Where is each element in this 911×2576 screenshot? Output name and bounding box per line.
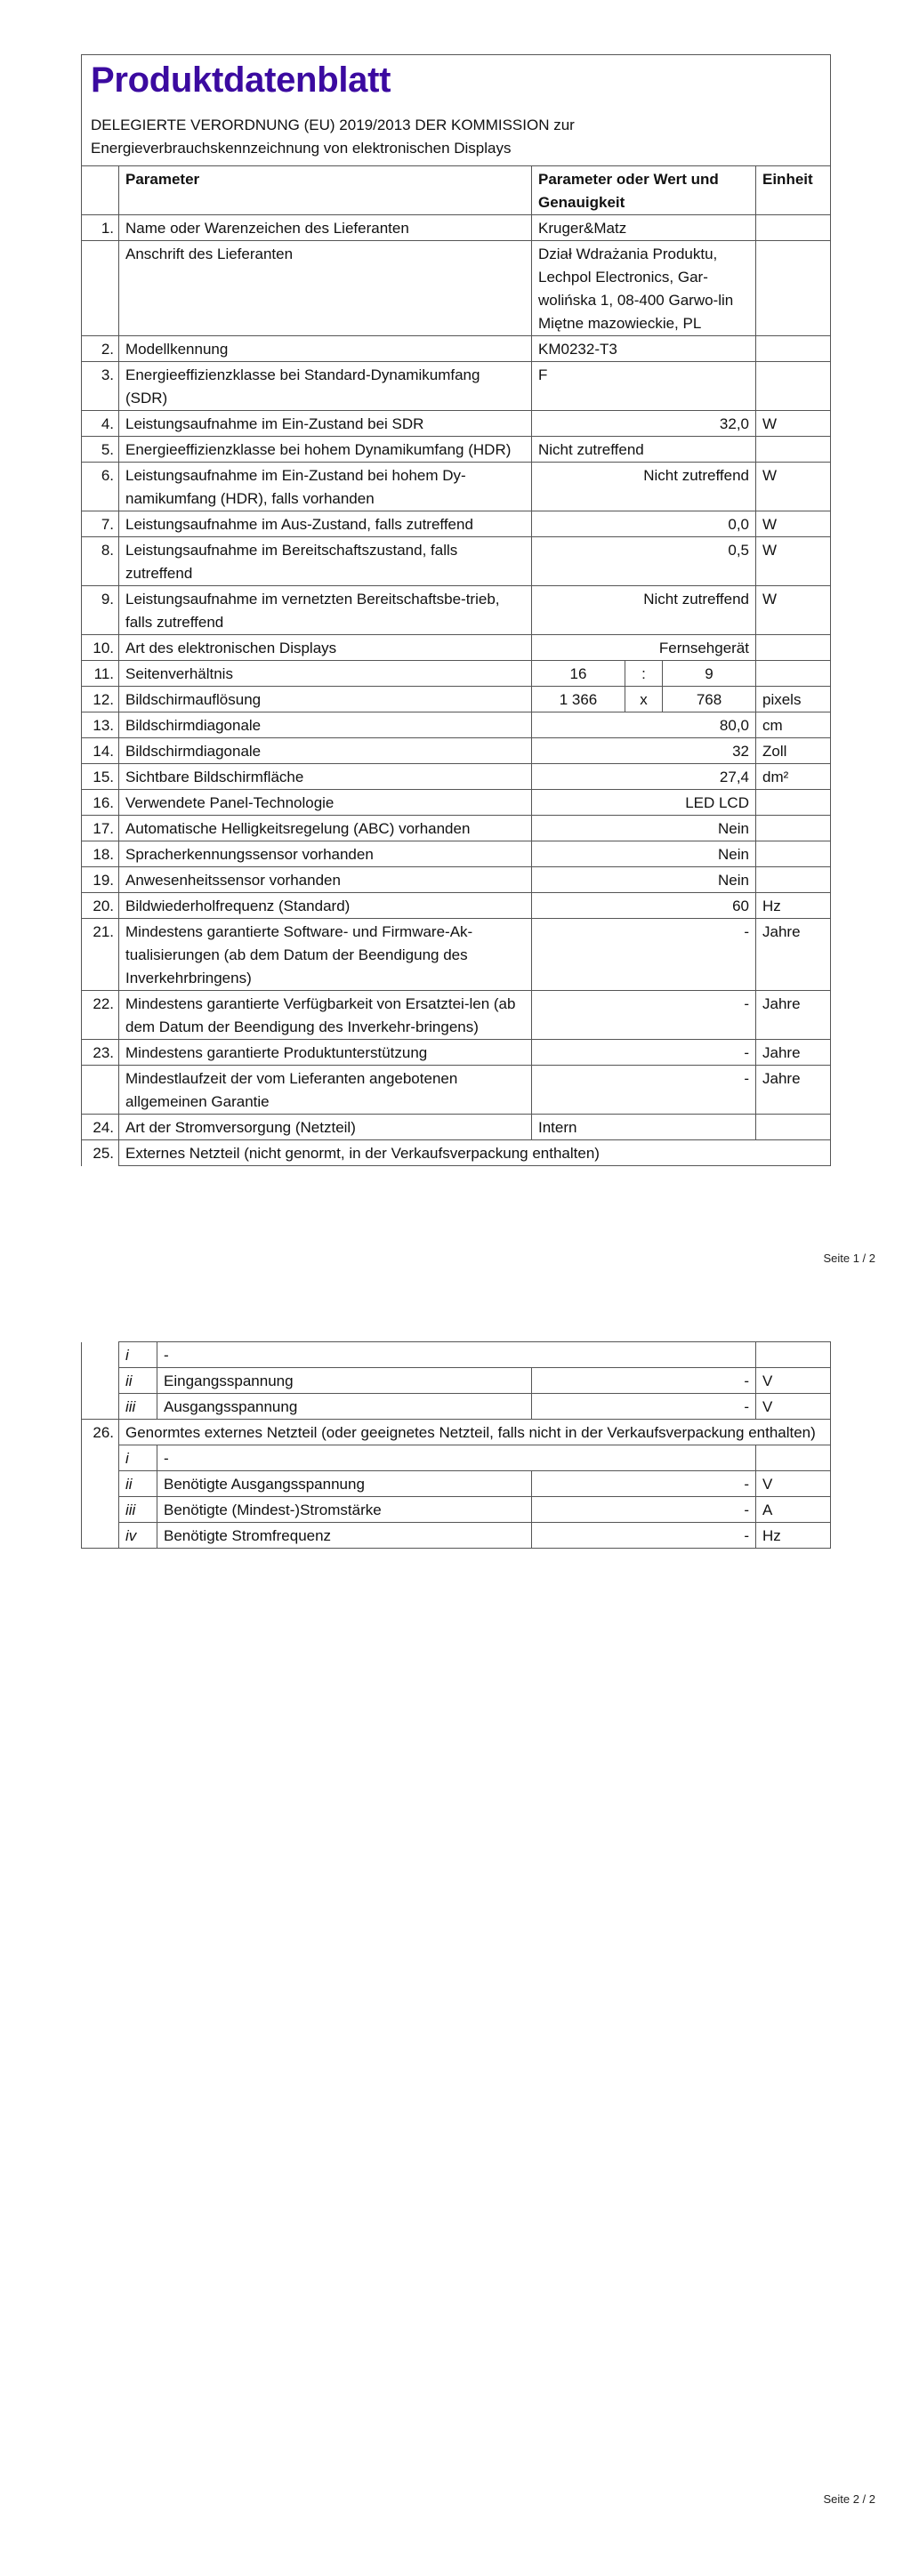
row-number-empty	[82, 1342, 119, 1368]
row-number: 13.	[82, 712, 119, 738]
row-parameter: Genormtes externes Netzteil (oder geeign…	[119, 1420, 831, 1445]
row-parameter: Modellkennung	[119, 336, 532, 362]
sub-row-value: -	[532, 1497, 756, 1523]
document-subtitle: DELEGIERTE VERORDNUNG (EU) 2019/2013 DER…	[91, 114, 821, 160]
row-value: KM0232-T3	[532, 336, 756, 362]
row-value: F	[532, 362, 756, 411]
row-number: 1.	[82, 215, 119, 241]
subtitle-line-1: DELEGIERTE VERORDNUNG (EU) 2019/2013 DER…	[91, 114, 821, 137]
sub-row-index: iv	[119, 1523, 157, 1549]
sub-row-value: -	[532, 1394, 756, 1420]
row-unit: Hz	[756, 893, 831, 919]
row-parameter: Mindestens garantierte Produktunterstütz…	[119, 1040, 532, 1066]
row-value: Intern	[532, 1115, 756, 1140]
row-number: 21.	[82, 919, 119, 991]
row-unit	[756, 841, 831, 867]
sub-row-value: -	[532, 1523, 756, 1549]
subtitle-line-2: Energieverbrauchskennzeichnung von elekt…	[91, 137, 821, 160]
row-number: 26.	[82, 1420, 119, 1445]
row-parameter: Energieeffizienzklasse bei Standard-Dyna…	[119, 362, 532, 411]
row-number: 25.	[82, 1140, 119, 1166]
row-unit	[756, 362, 831, 411]
table-row: 11.Seitenverhältnis16:9	[82, 661, 831, 687]
table-row: 23.Mindestens garantierte Produktunterst…	[82, 1040, 831, 1066]
row-value: -	[532, 1040, 756, 1066]
row-value: Dział Wdrażania Produktu, Lechpol Electr…	[532, 241, 756, 336]
row-value: Nein	[532, 867, 756, 893]
row-parameter: Leistungsaufnahme im Ein-Zustand bei SDR	[119, 411, 532, 437]
sub-row-parameter: Eingangsspannung	[157, 1368, 532, 1394]
table-row: 9.Leistungsaufnahme im vernetzten Bereit…	[82, 586, 831, 635]
table-row: 21.Mindestens garantierte Software- und …	[82, 919, 831, 991]
row-parameter: Seitenverhältnis	[119, 661, 532, 687]
header-value: Parameter oder Wert und Genauigkeit	[532, 166, 756, 215]
header-unit: Einheit	[756, 166, 831, 215]
row-parameter: Energieeffizienzklasse bei hohem Dynamik…	[119, 437, 532, 463]
row-parameter: Art der Stromversorgung (Netzteil)	[119, 1115, 532, 1140]
row-value: Nicht zutreffend	[532, 463, 756, 511]
row-number: 22.	[82, 991, 119, 1040]
sub-row-unit: V	[756, 1394, 831, 1420]
row-unit	[756, 816, 831, 841]
row-value-b: 9	[663, 661, 756, 687]
table-row: 5.Energieeffizienzklasse bei hohem Dynam…	[82, 437, 831, 463]
row-number: 19.	[82, 867, 119, 893]
row-number-empty	[82, 1497, 119, 1523]
row-parameter: Mindestlaufzeit der vom Lieferanten ange…	[119, 1066, 532, 1115]
row-parameter: Spracherkennungssensor vorhanden	[119, 841, 532, 867]
row-parameter: Bildwiederholfrequenz (Standard)	[119, 893, 532, 919]
row-parameter: Verwendete Panel-Technologie	[119, 790, 532, 816]
table-row: 13.Bildschirmdiagonale80,0cm	[82, 712, 831, 738]
row-value: Nicht zutreffend	[532, 586, 756, 635]
row-value: -	[532, 1066, 756, 1115]
sub-row-parameter: Benötigte Ausgangsspannung	[157, 1471, 532, 1497]
header-no	[82, 166, 119, 215]
row-value: Nein	[532, 816, 756, 841]
row-unit: Jahre	[756, 919, 831, 991]
row-unit: dm²	[756, 764, 831, 790]
row-value-a: 1 366	[532, 687, 625, 712]
row-parameter: Bildschirmauflösung	[119, 687, 532, 712]
sub-row-unit	[756, 1342, 831, 1368]
table-row: 4.Leistungsaufnahme im Ein-Zustand bei S…	[82, 411, 831, 437]
table-row: 12.Bildschirmauflösung1 366x768pixels	[82, 687, 831, 712]
row-number-empty	[82, 1394, 119, 1420]
sub-row-parameter: Ausgangsspannung	[157, 1394, 532, 1420]
row-unit: pixels	[756, 687, 831, 712]
row-value-b: 768	[663, 687, 756, 712]
row-number-empty	[82, 1368, 119, 1394]
row-value: -	[532, 919, 756, 991]
row-number: 16.	[82, 790, 119, 816]
row-number: 20.	[82, 893, 119, 919]
row-value-separator: x	[625, 687, 663, 712]
row-unit: Zoll	[756, 738, 831, 764]
table-header-row: Parameter Parameter oder Wert und Genaui…	[82, 166, 831, 215]
table-row: Anschrift des LieferantenDział Wdrażania…	[82, 241, 831, 336]
row-value: 32	[532, 738, 756, 764]
row-number: 24.	[82, 1115, 119, 1140]
row-unit: W	[756, 537, 831, 586]
table-sub-row: i-	[82, 1342, 831, 1368]
table-row: 17.Automatische Helligkeitsregelung (ABC…	[82, 816, 831, 841]
row-value: 27,4	[532, 764, 756, 790]
row-number: 5.	[82, 437, 119, 463]
row-number: 10.	[82, 635, 119, 661]
product-data-table-continued: i-iiEingangsspannung-ViiiAusgangsspannun…	[81, 1341, 831, 1549]
row-number: 18.	[82, 841, 119, 867]
table-row: 2.ModellkennungKM0232-T3	[82, 336, 831, 362]
row-value: 80,0	[532, 712, 756, 738]
row-parameter: Sichtbare Bildschirmfläche	[119, 764, 532, 790]
row-number: 15.	[82, 764, 119, 790]
header-parameter: Parameter	[119, 166, 532, 215]
page-1: Produktdatenblatt DELEGIERTE VERORDNUNG …	[81, 54, 830, 1166]
table-row: 6.Leistungsaufnahme im Ein-Zustand bei h…	[82, 463, 831, 511]
table-row: 8.Leistungsaufnahme im Bereitschaftszust…	[82, 537, 831, 586]
table-sub-row: iiBenötigte Ausgangsspannung-V	[82, 1471, 831, 1497]
row-parameter: Art des elektronischen Displays	[119, 635, 532, 661]
row-parameter: Bildschirmdiagonale	[119, 712, 532, 738]
row-value: Fernsehgerät	[532, 635, 756, 661]
row-parameter: Mindestens garantierte Software- und Fir…	[119, 919, 532, 991]
row-number: 4.	[82, 411, 119, 437]
table-row: 1.Name oder Warenzeichen des Lieferanten…	[82, 215, 831, 241]
row-unit: W	[756, 463, 831, 511]
row-parameter: Leistungsaufnahme im Aus-Zustand, falls …	[119, 511, 532, 537]
row-parameter: Automatische Helligkeitsregelung (ABC) v…	[119, 816, 532, 841]
row-unit: W	[756, 411, 831, 437]
product-data-table: Produktdatenblatt DELEGIERTE VERORDNUNG …	[81, 54, 831, 1166]
row-parameter: Anschrift des Lieferanten	[119, 241, 532, 336]
row-unit: Jahre	[756, 1066, 831, 1115]
table-sub-row: iiiBenötigte (Mindest-)Stromstärke-A	[82, 1497, 831, 1523]
row-value: LED LCD	[532, 790, 756, 816]
sub-row-index: i	[119, 1342, 157, 1368]
row-unit	[756, 336, 831, 362]
sub-row-index: iii	[119, 1394, 157, 1420]
row-value: Kruger&Matz	[532, 215, 756, 241]
row-unit	[756, 241, 831, 336]
table-sub-row: iiiAusgangsspannung-V	[82, 1394, 831, 1420]
row-number: 8.	[82, 537, 119, 586]
row-number: 6.	[82, 463, 119, 511]
sub-row-unit: V	[756, 1368, 831, 1394]
row-value: Nein	[532, 841, 756, 867]
sub-row-index: i	[119, 1445, 157, 1471]
row-unit	[756, 437, 831, 463]
table-sub-row: ivBenötigte Stromfrequenz-Hz	[82, 1523, 831, 1549]
table-row: 25.Externes Netzteil (nicht genormt, in …	[82, 1140, 831, 1166]
row-number-empty	[82, 1523, 119, 1549]
row-unit	[756, 661, 831, 687]
row-number: 2.	[82, 336, 119, 362]
row-unit	[756, 635, 831, 661]
page-footer-1: Seite 1 / 2	[823, 1252, 875, 1265]
document-title: Produktdatenblatt	[91, 57, 821, 103]
row-number-empty	[82, 1445, 119, 1471]
table-sub-row: i-	[82, 1445, 831, 1471]
title-row: Produktdatenblatt DELEGIERTE VERORDNUNG …	[82, 55, 831, 166]
row-parameter: Mindestens garantierte Verfügbarkeit von…	[119, 991, 532, 1040]
table-row: 10.Art des elektronischen DisplaysFernse…	[82, 635, 831, 661]
table-row: 3.Energieeffizienzklasse bei Standard-Dy…	[82, 362, 831, 411]
row-parameter: Leistungsaufnahme im Bereitschaftszustan…	[119, 537, 532, 586]
table-row: 7.Leistungsaufnahme im Aus-Zustand, fall…	[82, 511, 831, 537]
table-row: 15.Sichtbare Bildschirmfläche27,4dm²	[82, 764, 831, 790]
table-row: 18.Spracherkennungssensor vorhandenNein	[82, 841, 831, 867]
sub-row-parameter: Benötigte Stromfrequenz	[157, 1523, 532, 1549]
sub-row-parameter: -	[157, 1445, 756, 1471]
row-unit: cm	[756, 712, 831, 738]
row-value-separator: :	[625, 661, 663, 687]
row-unit: W	[756, 586, 831, 635]
sub-row-index: ii	[119, 1471, 157, 1497]
table-row: 22.Mindestens garantierte Verfügbarkeit …	[82, 991, 831, 1040]
row-number: 23.	[82, 1040, 119, 1066]
row-value: 60	[532, 893, 756, 919]
page-footer-2: Seite 2 / 2	[823, 2492, 875, 2506]
table-row: 26.Genormtes externes Netzteil (oder gee…	[82, 1420, 831, 1445]
row-number: 14.	[82, 738, 119, 764]
row-value: -	[532, 991, 756, 1040]
row-unit	[756, 215, 831, 241]
row-parameter: Bildschirmdiagonale	[119, 738, 532, 764]
sub-row-index: ii	[119, 1368, 157, 1394]
row-parameter: Leistungsaufnahme im Ein-Zustand bei hoh…	[119, 463, 532, 511]
sub-row-value: -	[532, 1471, 756, 1497]
sub-row-parameter: Benötigte (Mindest-)Stromstärke	[157, 1497, 532, 1523]
table-row: 24.Art der Stromversorgung (Netzteil)Int…	[82, 1115, 831, 1140]
sub-row-index: iii	[119, 1497, 157, 1523]
row-value-a: 16	[532, 661, 625, 687]
row-value: 32,0	[532, 411, 756, 437]
table-row: 14.Bildschirmdiagonale32Zoll	[82, 738, 831, 764]
sub-row-value: -	[532, 1368, 756, 1394]
row-unit	[756, 867, 831, 893]
sub-row-unit	[756, 1445, 831, 1471]
row-unit: W	[756, 511, 831, 537]
row-number: 7.	[82, 511, 119, 537]
sub-row-unit: V	[756, 1471, 831, 1497]
table-row: 20.Bildwiederholfrequenz (Standard)60Hz	[82, 893, 831, 919]
sub-row-unit: A	[756, 1497, 831, 1523]
sub-row-parameter: -	[157, 1342, 756, 1368]
row-value: 0,5	[532, 537, 756, 586]
row-value: 0,0	[532, 511, 756, 537]
sub-row-unit: Hz	[756, 1523, 831, 1549]
row-number: 3.	[82, 362, 119, 411]
row-parameter: Externes Netzteil (nicht genormt, in der…	[119, 1140, 831, 1166]
row-unit	[756, 1115, 831, 1140]
row-number	[82, 241, 119, 336]
row-number: 9.	[82, 586, 119, 635]
page-2: i-iiEingangsspannung-ViiiAusgangsspannun…	[81, 1341, 830, 1549]
row-number-empty	[82, 1471, 119, 1497]
row-unit: Jahre	[756, 991, 831, 1040]
table-row: 19.Anwesenheitssensor vorhandenNein	[82, 867, 831, 893]
row-unit	[756, 790, 831, 816]
table-sub-row: iiEingangsspannung-V	[82, 1368, 831, 1394]
row-unit: Jahre	[756, 1040, 831, 1066]
row-number: 11.	[82, 661, 119, 687]
row-number: 12.	[82, 687, 119, 712]
row-parameter: Leistungsaufnahme im vernetzten Bereitsc…	[119, 586, 532, 635]
table-row: Mindestlaufzeit der vom Lieferanten ange…	[82, 1066, 831, 1115]
row-value: Nicht zutreffend	[532, 437, 756, 463]
row-number	[82, 1066, 119, 1115]
row-number: 17.	[82, 816, 119, 841]
row-parameter: Anwesenheitssensor vorhanden	[119, 867, 532, 893]
table-row: 16.Verwendete Panel-TechnologieLED LCD	[82, 790, 831, 816]
row-parameter: Name oder Warenzeichen des Lieferanten	[119, 215, 532, 241]
